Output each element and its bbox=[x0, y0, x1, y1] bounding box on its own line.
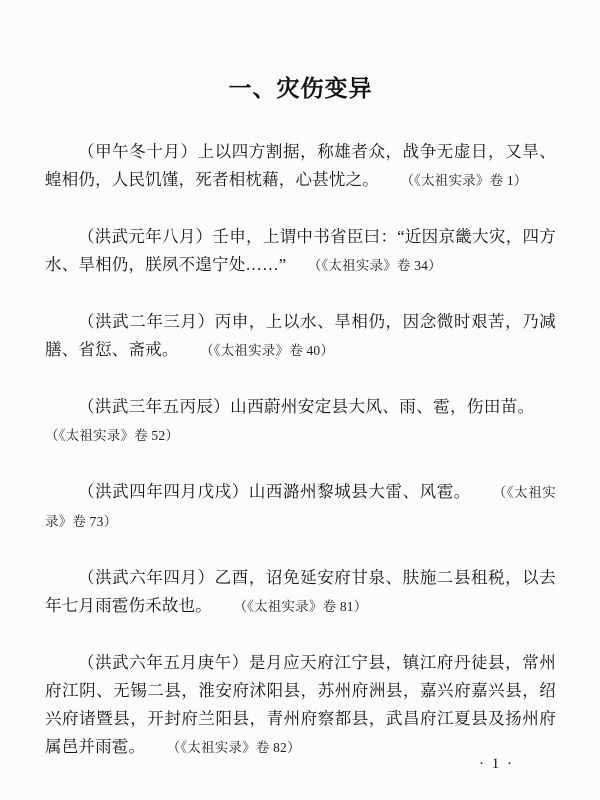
page-title: 一、灾伤变异 bbox=[45, 72, 556, 104]
paragraph: （洪武元年八月）壬申，上谓中书省臣曰：“近因京畿大灾，四方水、旱相仍，朕夙不遑宁… bbox=[45, 223, 556, 280]
citation: （《太祖实录》卷 34） bbox=[308, 258, 442, 273]
paragraph: （洪武六年四月）乙酉，诏免延安府甘泉、肤施二县租税，以去年七月雨雹伤禾故也。（《… bbox=[45, 564, 556, 621]
citation: （《太祖实录》卷 52） bbox=[45, 428, 179, 443]
paragraph-list: （甲午冬十月）上以四方割据，称雄者众，战争无虚日，又旱、蝗相仍，人民饥馑，死者相… bbox=[45, 138, 556, 762]
paragraph: （洪武六年五月庚午）是月应天府江宁县，镇江府丹徒县，常州府江阴、无锡二县，淮安府… bbox=[45, 649, 556, 762]
citation: （《太祖实录》卷 81） bbox=[233, 599, 367, 614]
paragraph: （洪武三年五丙辰）山西蔚州安定县大风、雨、雹，伤田苗。（《太祖实录》卷 52） bbox=[45, 393, 556, 450]
citation: （《太祖实录》卷 40） bbox=[200, 343, 334, 358]
paragraph: （洪武二年三月）丙申，上以水、旱相仍，因念微时艰苦，乃减膳、省愆、斋戒。（《太祖… bbox=[45, 308, 556, 365]
paragraph-text: （洪武四年四月戊戌）山西潞州黎城县大雷、风雹。 bbox=[78, 482, 471, 501]
page-number: · 1 · bbox=[479, 756, 514, 773]
paragraph-text: （洪武元年八月）壬申，上谓中书省臣曰：“近因京畿大灾，四方水、旱相仍，朕夙不遑宁… bbox=[45, 227, 556, 274]
paragraph: （甲午冬十月）上以四方割据，称雄者众，战争无虚日，又旱、蝗相仍，人民饥馑，死者相… bbox=[45, 138, 556, 195]
citation: （《太祖实录》卷 1） bbox=[400, 173, 527, 188]
paragraph-text: （洪武三年五丙辰）山西蔚州安定县大风、雨、雹，伤田苗。 bbox=[78, 397, 535, 416]
paragraph: （洪武四年四月戊戌）山西潞州黎城县大雷、风雹。（《太祖实录》卷 73） bbox=[45, 478, 556, 536]
scanned-book-page: 一、灾伤变异 （甲午冬十月）上以四方割据，称雄者众，战争无虚日，又旱、蝗相仍，人… bbox=[0, 0, 600, 800]
citation: （《太祖实录》卷 82） bbox=[167, 740, 301, 755]
